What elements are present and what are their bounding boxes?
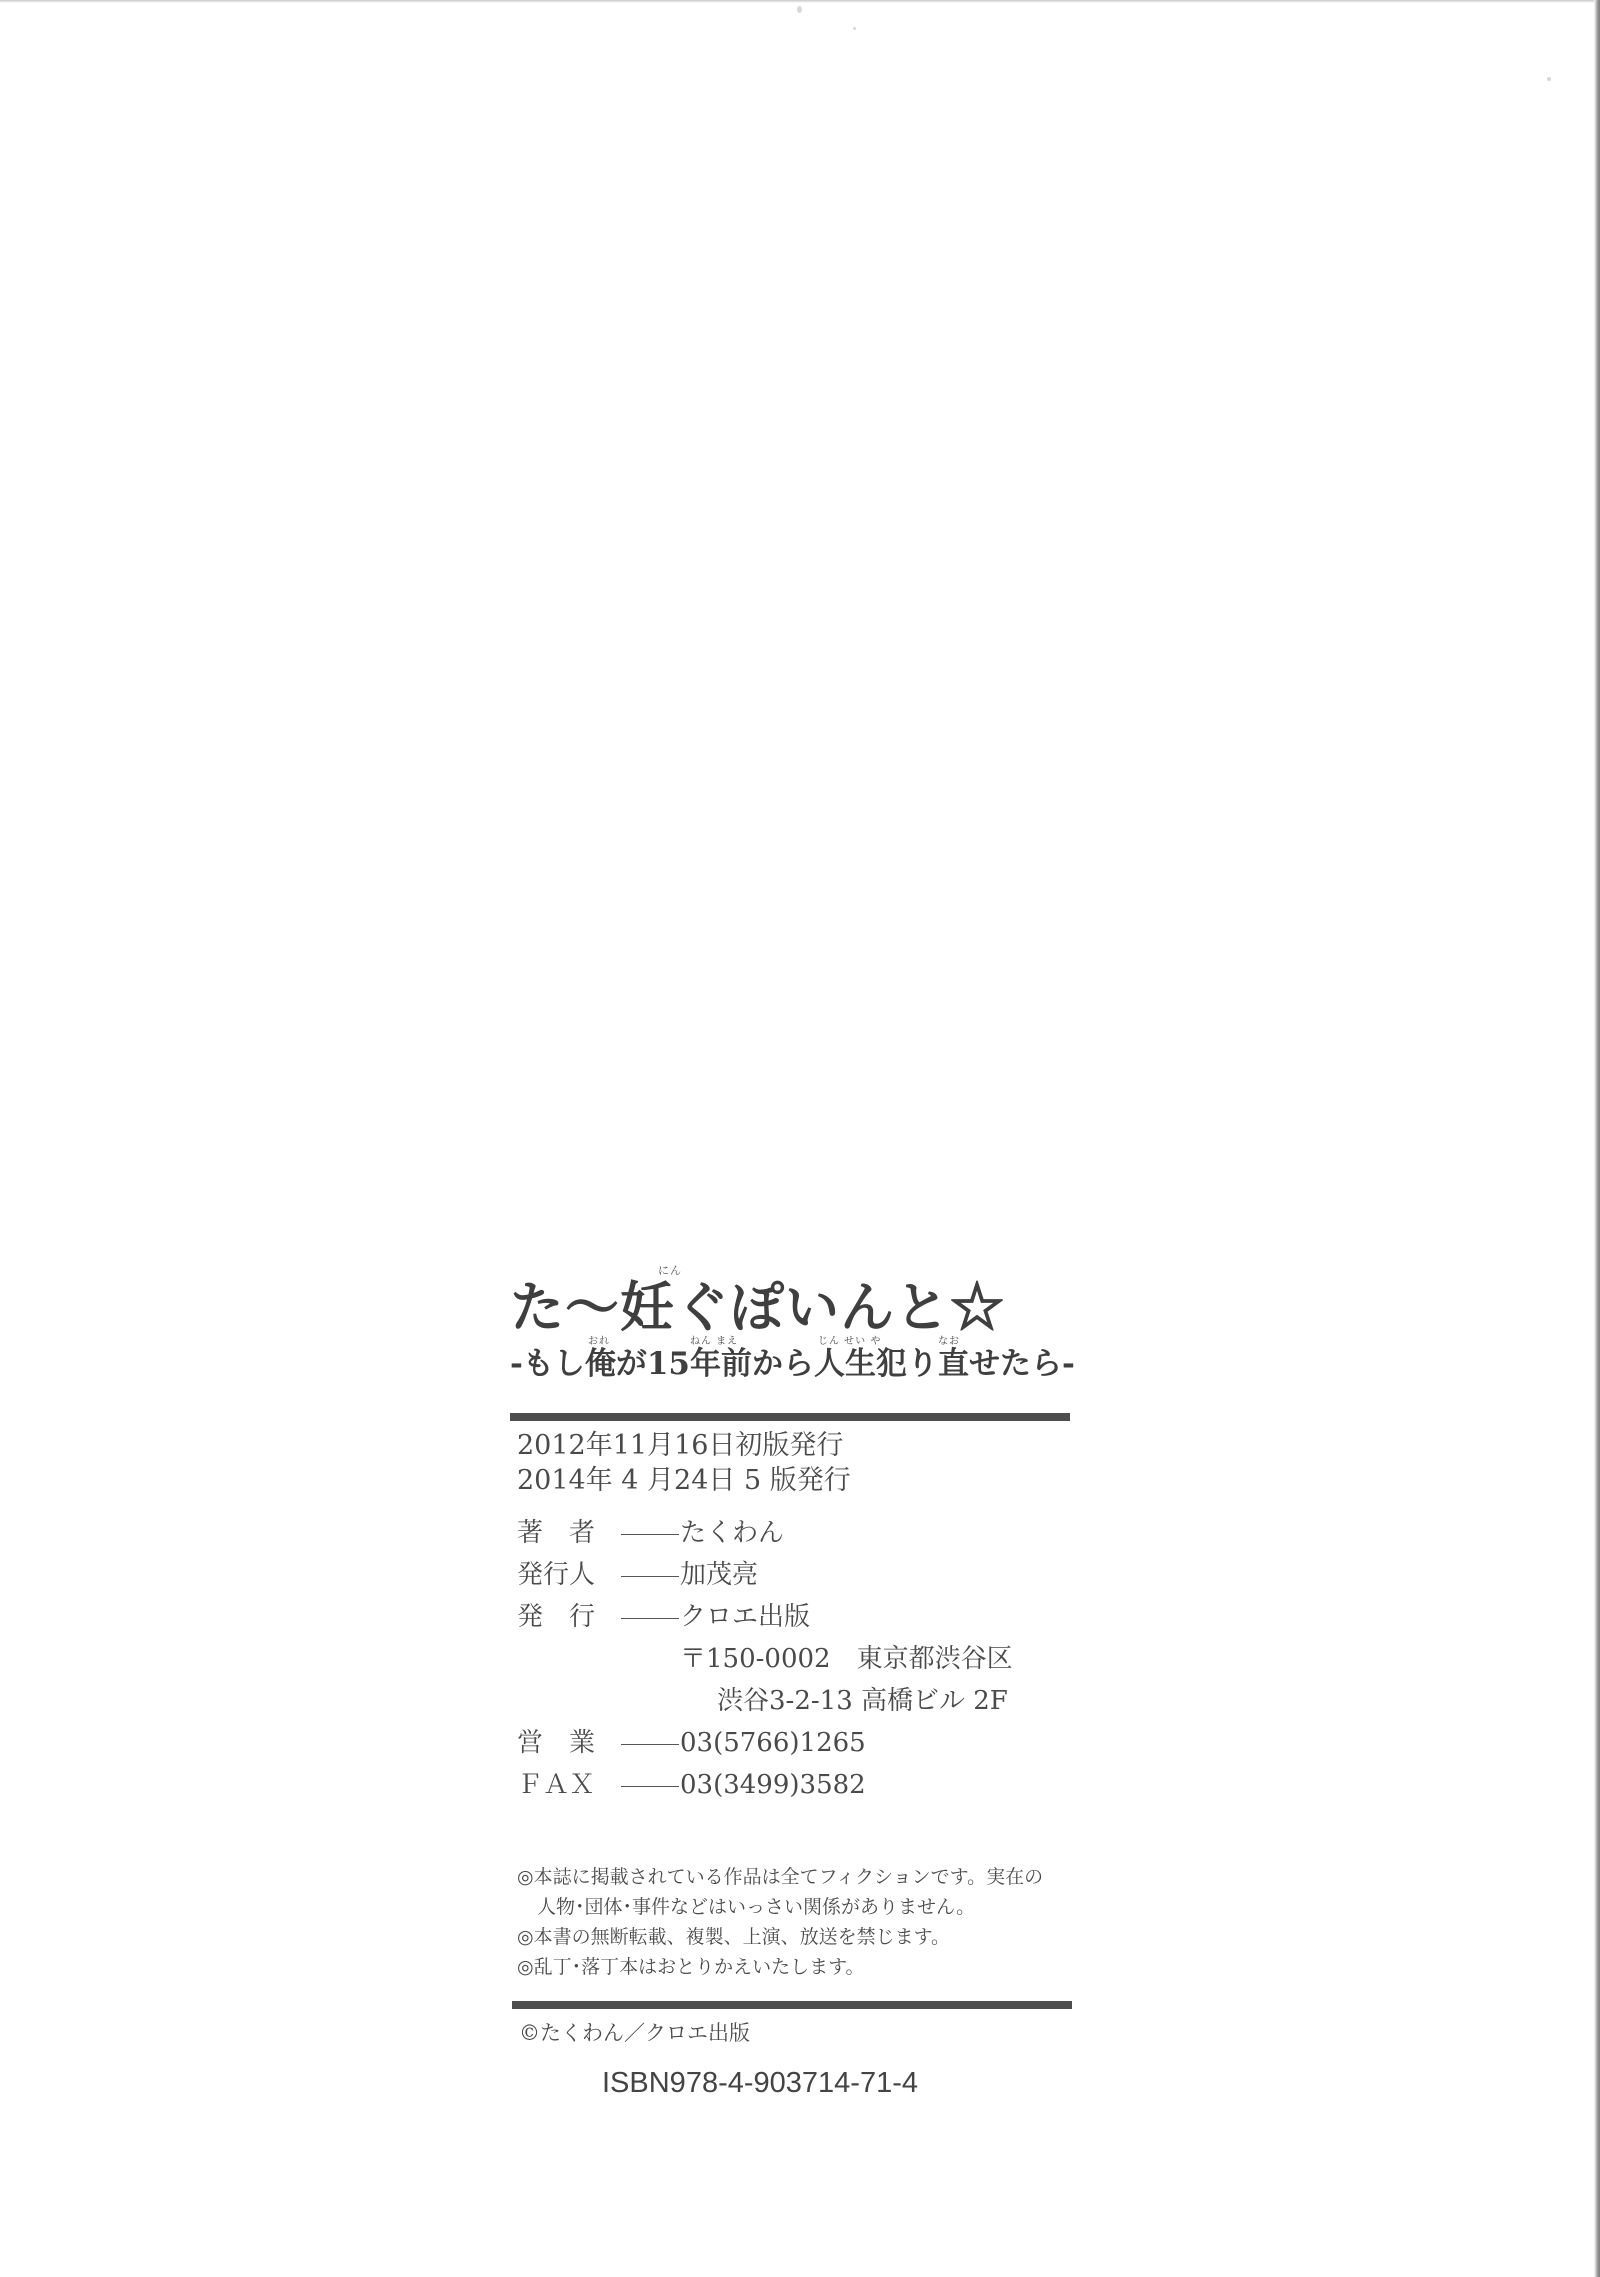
credit-label: 著 者 bbox=[517, 1512, 621, 1554]
publisher-name: クロエ出版 bbox=[680, 1596, 810, 1638]
edition-history: 2012年11月16日初版発行 2014年 4 月24日 5 版発行 bbox=[517, 1428, 851, 1498]
first-edition-date: 2012年11月16日初版発行 bbox=[517, 1428, 851, 1463]
scan-edge-right bbox=[1594, 0, 1600, 2277]
credit-sales: 営 業03(5766)1265 bbox=[517, 1722, 1013, 1764]
author-name: たくわん bbox=[680, 1512, 784, 1554]
dash-separator bbox=[621, 1618, 679, 1619]
fax-number: 03(3499)3582 bbox=[680, 1764, 866, 1806]
address-line-2: 渋谷3-2-13 高橋ビル 2F bbox=[517, 1680, 1013, 1722]
current-edition-date: 2014年 4 月24日 5 版発行 bbox=[517, 1463, 851, 1498]
credits: 著 者たくわん 発行人加茂亮 発 行クロエ出版 〒150-0002 東京都渋谷区… bbox=[517, 1512, 1013, 1806]
copyright-line: ©たくわん／クロエ出版 bbox=[519, 2017, 750, 2047]
credit-label: 発行人 bbox=[517, 1554, 621, 1596]
colophon: にん た〜妊ぐぽいんと☆ おれ ねん まえ じん せい や なお -もし俺が15… bbox=[510, 1262, 1072, 1412]
title-block: にん た〜妊ぐぽいんと☆ おれ ねん まえ じん せい や なお -もし俺が15… bbox=[510, 1262, 1072, 1412]
book-title: た〜妊ぐぽいんと☆ bbox=[510, 1274, 1005, 1340]
credit-label: ＦＡＸ bbox=[517, 1764, 621, 1806]
dash-separator bbox=[621, 1744, 679, 1745]
sales-phone: 03(5766)1265 bbox=[680, 1722, 866, 1764]
credit-author: 著 者たくわん bbox=[517, 1512, 1013, 1554]
scan-speck bbox=[853, 27, 856, 30]
dash-separator bbox=[621, 1534, 679, 1535]
legal-notes: ◎本誌に掲載されている作品は全てフィクションです。実在の 人物･団体･事件などは… bbox=[517, 1862, 1043, 1982]
address-line-1: 〒150-0002 東京都渋谷区 bbox=[517, 1638, 1013, 1680]
credit-label: 発 行 bbox=[517, 1596, 621, 1638]
credit-publisher: 発 行クロエ出版 bbox=[517, 1596, 1013, 1638]
credit-publisher-person: 発行人加茂亮 bbox=[517, 1554, 1013, 1596]
scan-edge-top bbox=[0, 0, 1600, 3]
dash-separator bbox=[621, 1786, 679, 1787]
credit-label: 営 業 bbox=[517, 1722, 621, 1764]
divider-rule-top bbox=[510, 1413, 1070, 1421]
note-fiction: ◎本誌に掲載されている作品は全てフィクションです。実在の bbox=[517, 1862, 1043, 1892]
book-subtitle: -もし俺が15年前から人生犯り直せたら- bbox=[510, 1344, 1075, 1384]
scan-speck bbox=[1547, 77, 1551, 81]
publisher-person-name: 加茂亮 bbox=[680, 1554, 758, 1596]
credit-fax: ＦＡＸ03(3499)3582 bbox=[517, 1764, 1013, 1806]
dash-separator bbox=[621, 1576, 679, 1577]
scan-speck bbox=[797, 6, 802, 13]
divider-rule-bottom bbox=[512, 2001, 1072, 2009]
note-replacement: ◎乱丁･落丁本はおとりかえいたします。 bbox=[517, 1952, 1043, 1982]
isbn: ISBN978-4-903714-71-4 bbox=[602, 2067, 918, 2100]
note-fiction-cont: 人物･団体･事件などはいっさい関係がありません。 bbox=[517, 1892, 1043, 1922]
note-copyright: ◎本書の無断転載、複製、上演、放送を禁じます。 bbox=[517, 1922, 1043, 1952]
